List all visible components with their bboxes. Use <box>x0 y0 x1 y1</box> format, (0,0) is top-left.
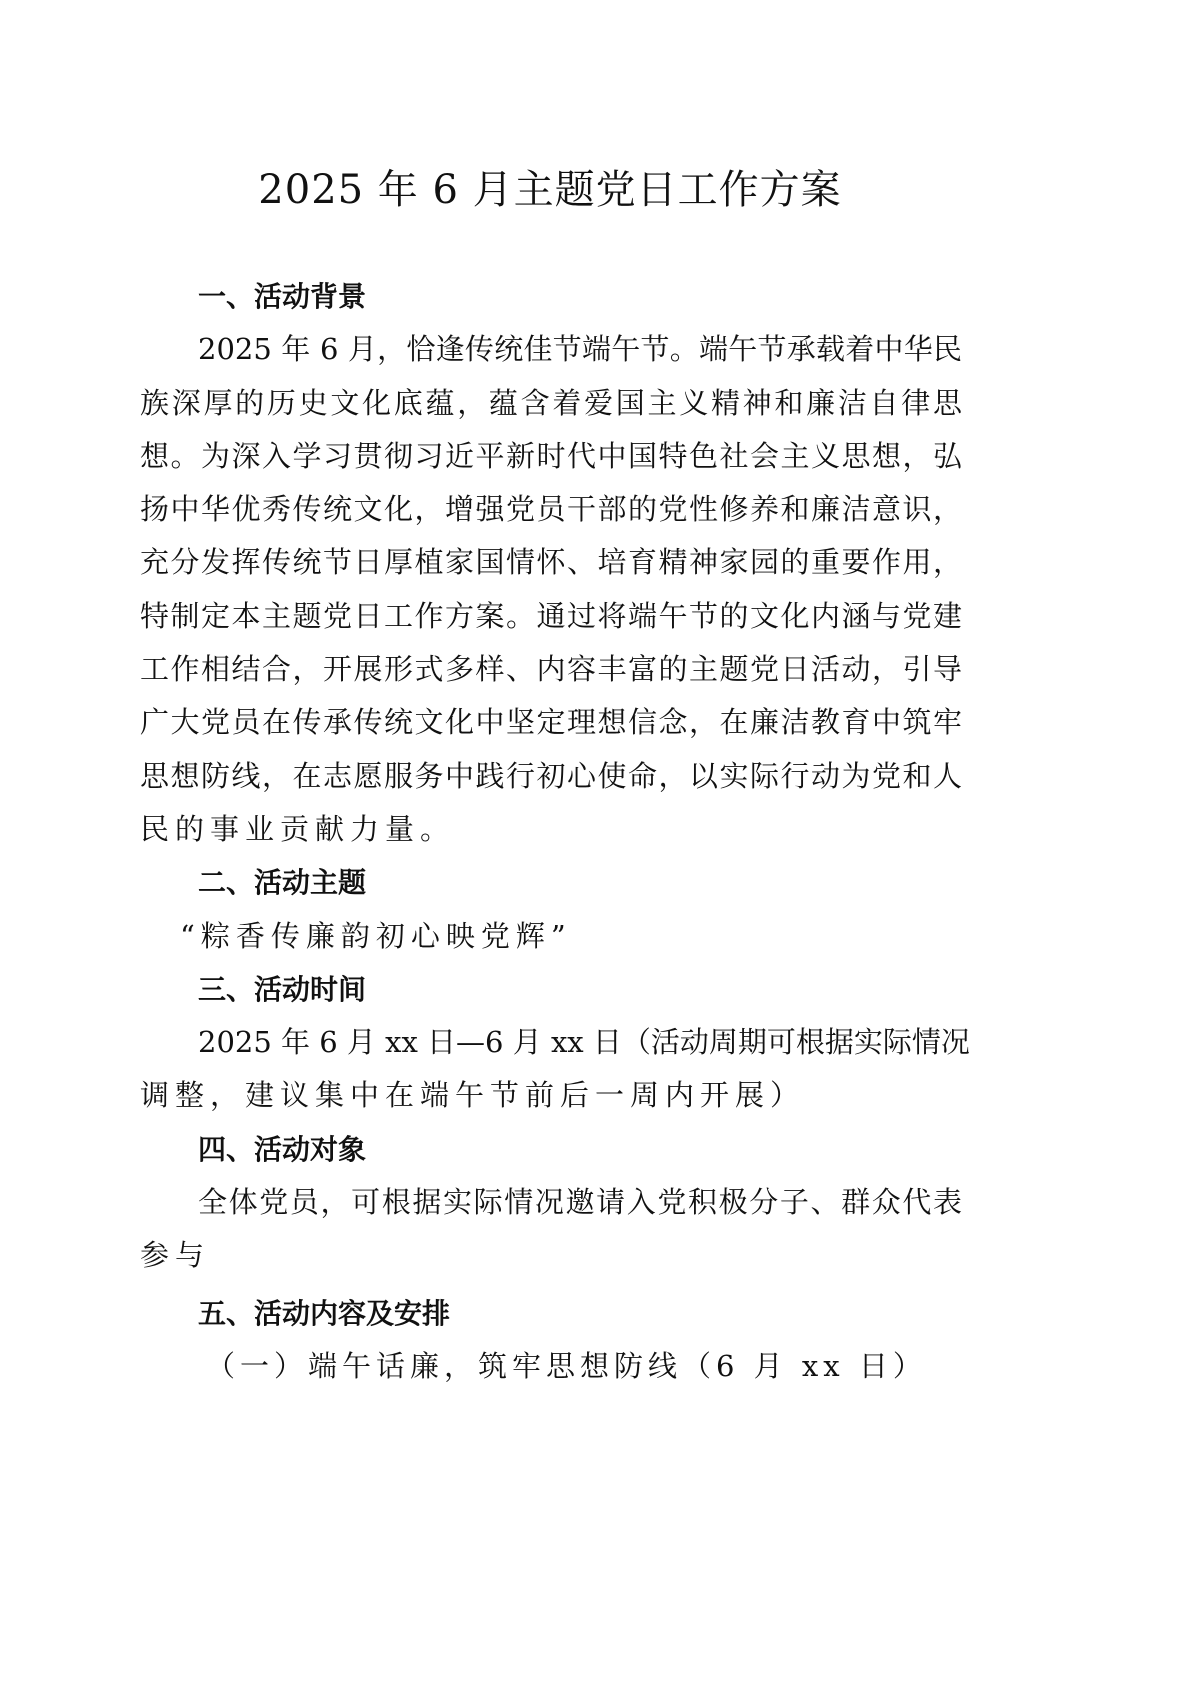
section-heading-time: 三、活动时间 <box>140 963 962 1016</box>
paragraph-line: 2025 年 6 月，恰逢传统佳节端午节。端午节承载着中华民 <box>140 323 962 376</box>
document-body: 一、活动背景 2025 年 6 月，恰逢传统佳节端午节。端午节承载着中华民 族深… <box>140 270 962 1393</box>
section-heading-background: 一、活动背景 <box>140 270 962 323</box>
subsection-heading: （一）端午话廉，筑牢思想防线（6 月 xx 日） <box>140 1340 962 1393</box>
theme-slogan: “粽香传廉韵初心映党辉” <box>140 910 962 963</box>
document-page: 2025 年 6 月主题党日工作方案 一、活动背景 2025 年 6 月，恰逢传… <box>0 0 1190 1683</box>
paragraph-line: 民的事业贡献力量。 <box>140 803 962 856</box>
paragraph-line: 2025 年 6 月 xx 日—6 月 xx 日（活动周期可根据实际情况 <box>140 1016 962 1069</box>
paragraph-line: 扬中华优秀传统文化，增强党员干部的党性修养和廉洁意识， <box>140 483 962 536</box>
section-heading-theme: 二、活动主题 <box>140 856 962 909</box>
section-heading-content: 五、活动内容及安排 <box>140 1287 962 1340</box>
paragraph-line: 想。为深入学习贯彻习近平新时代中国特色社会主义思想，弘 <box>140 430 962 483</box>
section-heading-participants: 四、活动对象 <box>140 1123 962 1176</box>
document-title: 2025 年 6 月主题党日工作方案 <box>0 162 1100 218</box>
paragraph-line: 调整，建议集中在端午节前后一周内开展） <box>140 1069 962 1122</box>
paragraph-line: 广大党员在传承传统文化中坚定理想信念，在廉洁教育中筑牢 <box>140 696 962 749</box>
paragraph-line: 全体党员，可根据实际情况邀请入党积极分子、群众代表 <box>140 1176 962 1229</box>
paragraph-line: 充分发挥传统节日厚植家国情怀、培育精神家园的重要作用， <box>140 536 962 589</box>
paragraph-line: 特制定本主题党日工作方案。通过将端午节的文化内涵与党建 <box>140 590 962 643</box>
paragraph-line: 思想防线，在志愿服务中践行初心使命，以实际行动为党和人 <box>140 750 962 803</box>
paragraph-line: 族深厚的历史文化底蕴，蕴含着爱国主义精神和廉洁自律思 <box>140 377 962 430</box>
paragraph-line: 参与 <box>140 1229 962 1282</box>
paragraph-line: 工作相结合，开展形式多样、内容丰富的主题党日活动，引导 <box>140 643 962 696</box>
